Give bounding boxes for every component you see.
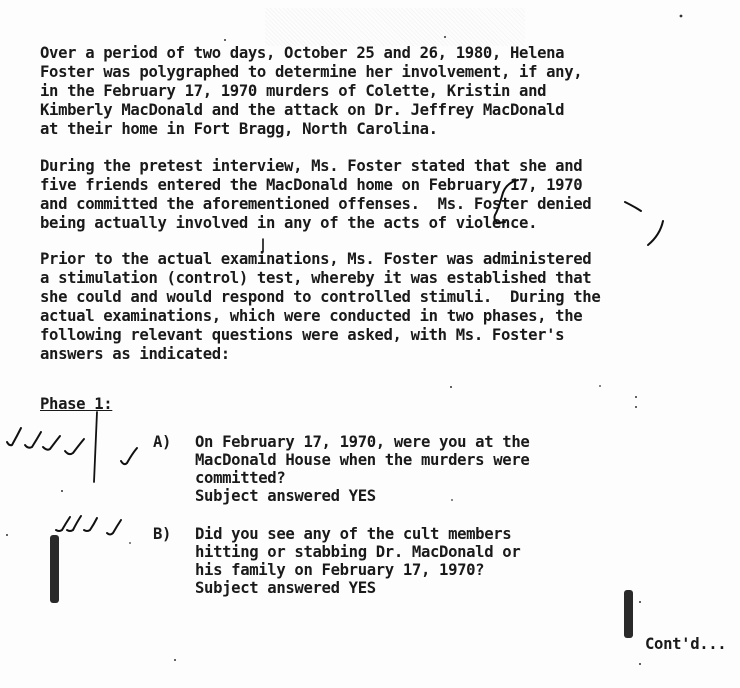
question-a-label: A) <box>153 433 171 451</box>
scan-noise <box>265 8 525 46</box>
slash-mark <box>648 221 663 245</box>
check-icon <box>107 520 121 535</box>
document-page: Over a period of two days, October 25 an… <box>0 0 740 688</box>
check-icon <box>43 436 60 450</box>
check-icon <box>56 517 70 531</box>
question-b-label: B) <box>153 525 171 543</box>
caret-mark <box>625 202 641 211</box>
phase-heading: Phase 1: <box>40 395 112 413</box>
continued-marker: Cont'd... <box>645 635 726 653</box>
redaction-smudge <box>50 535 59 603</box>
check-icon <box>67 516 81 531</box>
check-icon <box>25 432 41 448</box>
check-icon <box>65 439 84 454</box>
paragraph-intro: Over a period of two days, October 25 an… <box>40 44 582 139</box>
paragraph-examinations: Prior to the actual examinations, Ms. Fo… <box>40 250 600 364</box>
check-icon <box>84 518 97 531</box>
check-icon <box>7 428 21 445</box>
redaction-smudge <box>624 590 633 638</box>
check-icon <box>121 448 137 464</box>
vertical-rule <box>94 412 97 482</box>
paragraph-pretest: During the pretest interview, Ms. Foster… <box>40 157 591 233</box>
question-a-text: On February 17, 1970, were you at the Ma… <box>195 433 529 505</box>
question-b-text: Did you see any of the cult members hitt… <box>195 525 520 597</box>
